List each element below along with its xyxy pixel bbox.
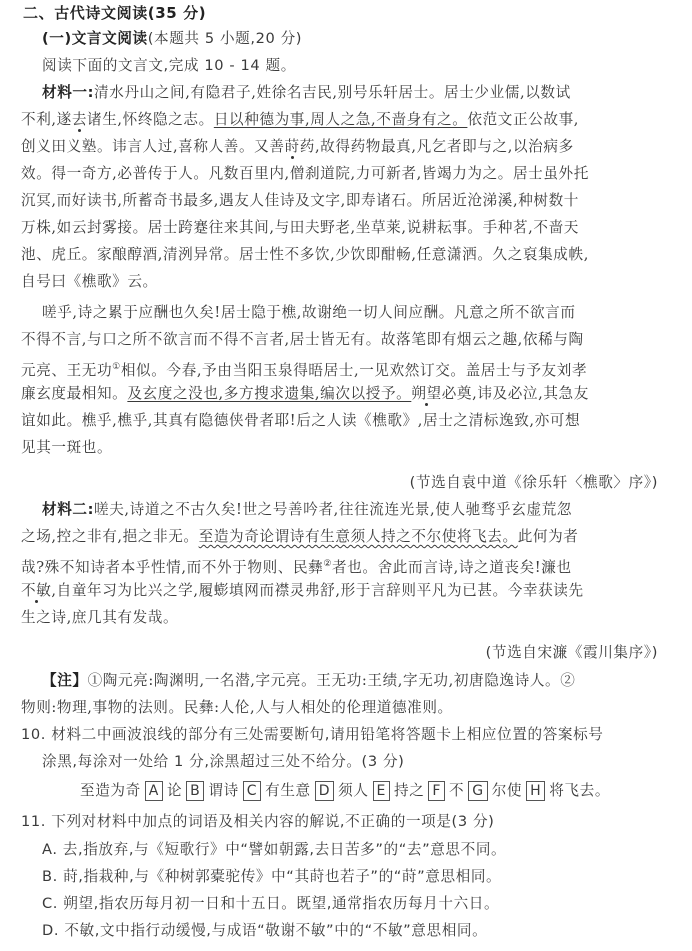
answer-box-e[interactable]: E <box>373 781 390 801</box>
material1-source: (节选自袁中道《徐乐轩〈樵歌〉序》) <box>410 473 658 493</box>
answer-box-b[interactable]: B <box>186 781 204 801</box>
material1-para2-line-2: 不得不言,与口之所不欲言而不得不言者,居士皆无有。故落笔即有烟云之趣,依稀与陶 <box>21 330 658 350</box>
material1-line-6: 万株,如云封雾接。居士跨蹇往来其间,与田夫野老,坐草莱,说耕耘事。手种茗,不啬天 <box>21 218 658 238</box>
subsection-title-detail: (本题共 5 小题,20 分) <box>148 30 302 47</box>
material2-line-5: 生之诗,庶几其有发哉。 <box>21 608 658 628</box>
footnote-ref-1: ① <box>112 362 121 372</box>
material1-line-5: 沉冥,而好读书,所蓄奇书最多,遇友人佳诗及文字,即寿诸石。所居近沧涕溪,种树数十 <box>21 191 658 211</box>
question-10-line-2: 涂黑,每涂对一处给 1 分,涂黑超过三处不给分。(3 分) <box>42 752 658 772</box>
material1-para2-line-5: 谊如此。樵乎,樵乎,其真有隐德侠骨者耶!后之人读《樵歌》,居士之清标逸致,亦可想 <box>21 411 658 431</box>
wavy-underlined-sentence: 至造为奇论谓诗有生意须人持之不尔使将飞去。 <box>199 528 518 545</box>
answer-box-g[interactable]: G <box>468 781 487 801</box>
question-11-option-a[interactable]: A. 去,指放弃,与《短歌行》中“譬如朝露,去日苦多”的“去”意思不同。 <box>42 840 658 860</box>
material1-para2-line-1: 嗟乎,诗之累于应酬也久矣!居士隐于樵,故谢绝一切人间应酬。凡意之所不欲言而 <box>42 303 658 323</box>
answer-box-d[interactable]: D <box>315 781 334 801</box>
question-11-option-c[interactable]: C. 朔望,指农历每月初一日和十五日。既望,通常指农历每月十六日。 <box>42 894 658 914</box>
note-line-1: 【注】①陶元亮:陶渊明,一名潜,字元亮。王无功:王绩,字无功,初唐隐逸诗人。② <box>42 671 658 691</box>
subsection-title-bold: (一)文言文阅读 <box>42 30 148 47</box>
underlined-sentence-1: 日以种德为事,周人之急,不啬身有之。 <box>214 111 468 128</box>
question-11-option-b[interactable]: B. 莳,指栽种,与《种树郭橐驼传》中“其莳也若子”的“莳”意思相同。 <box>42 867 658 887</box>
material2-label: 材料二: <box>42 501 94 518</box>
section-title: 二、古代诗文阅读(35 分) <box>23 3 658 23</box>
question-11-option-d[interactable]: D. 不敏,文中指行动缓慢,与成语“敬谢不敏”中的“不敏”意思相同。 <box>42 921 658 941</box>
material1-line-8: 自号曰《樵歌》云。 <box>21 272 658 292</box>
emphasis-dot-word: 朔望 <box>411 385 441 402</box>
material1-line-2: 不利,遂去诸生,怀终隐之志。日以种德为事,周人之急,不啬身有之。依范文正公故事, <box>21 110 658 130</box>
subsection-title: (一)文言文阅读(本题共 5 小题,20 分) <box>42 29 658 49</box>
material1-line-4: 效。得一奇方,必普传于人。凡数百里内,僧刹道院,力可新者,皆竭力为之。居士虽外托 <box>21 164 658 184</box>
material1-para2-line-6: 见其一斑也。 <box>21 438 658 458</box>
answer-box-a[interactable]: A <box>145 781 163 801</box>
exam-page: 二、古代诗文阅读(35 分) (一)文言文阅读(本题共 5 小题,20 分) 阅… <box>0 0 692 951</box>
material2-line-4: 不敏,自童年习为比兴之学,履蟛填网而襟灵弗舒,形于言辞则平凡为已甚。今幸获读先 <box>21 581 658 601</box>
emphasis-dot-word: 莳 <box>285 138 300 155</box>
material2-source: (节选自宋濂《霞川集序》) <box>486 643 658 663</box>
emphasis-dot-word: 不敏 <box>21 582 51 599</box>
material2-line-2: 之场,控之非有,挹之非无。至造为奇论谓诗有生意须人持之不尔使将飞去。此何为者 <box>21 527 658 547</box>
material1-para2-line-3: 元亮、王无功①相似。今春,予由当阳玉泉得晤居士,一见欢然订交。盖居士与予友刘孝 <box>21 357 658 381</box>
material1-line-1: 材料一:清水丹山之间,有隐君子,姓徐名吉民,别号乐轩居士。居士少业儒,以数试 <box>42 83 658 103</box>
note-label: 【注】 <box>42 672 88 689</box>
emphasis-dot-word: 去 <box>72 111 87 128</box>
material2-line-1: 材料二:嗟夫,诗道之不古久矣!世之号善吟者,往往流连光景,使人驰骛乎玄虚荒忽 <box>42 500 658 520</box>
material1-label: 材料一: <box>42 84 94 101</box>
footnote-ref-2: ② <box>323 559 332 569</box>
answer-box-h[interactable]: H <box>526 781 545 801</box>
material2-line-3: 哉?殊不知诗者本乎性情,而不外于物则、民彝②者也。舍此而言诗,诗之道丧矣!濂也 <box>21 554 658 578</box>
answer-box-f[interactable]: F <box>428 781 445 801</box>
underlined-sentence-2: 及玄度之没也,多方搜求遗集,编次以授予。 <box>127 385 411 402</box>
note-line-2: 物则:物理,事物的法则。民彝:人伦,人与人相处的伦理道德准则。 <box>21 698 658 718</box>
question-10-answer-row: 至造为奇A论B谓诗C有生意D须人E持之F不G尔使H将飞去。 <box>80 781 658 801</box>
material1-line-3: 创义田义塾。讳言人过,喜称人善。又善莳药,故得药物最真,凡乞者即与之,以治病多 <box>21 137 658 157</box>
material1-para2-line-4: 廉玄度最相知。及玄度之没也,多方搜求遗集,编次以授予。朔望必奠,讳及必泣,其急友 <box>21 384 658 404</box>
instruction: 阅读下面的文言文,完成 10 - 14 题。 <box>42 56 658 76</box>
question-10-line-1: 10. 材料二中画波浪线的部分有三处需要断句,请用铅笔将答题卡上相应位置的答案标… <box>21 725 658 745</box>
material1-line-7: 池、虎丘。家酿醇酒,清洌异常。居士性不多饮,少饮即酣畅,任意潇洒。久之裒集成帙, <box>21 245 658 265</box>
answer-box-c[interactable]: C <box>243 781 261 801</box>
question-11-stem: 11. 下列对材料中加点的词语及相关内容的解说,不正确的一项是(3 分) <box>21 812 658 832</box>
